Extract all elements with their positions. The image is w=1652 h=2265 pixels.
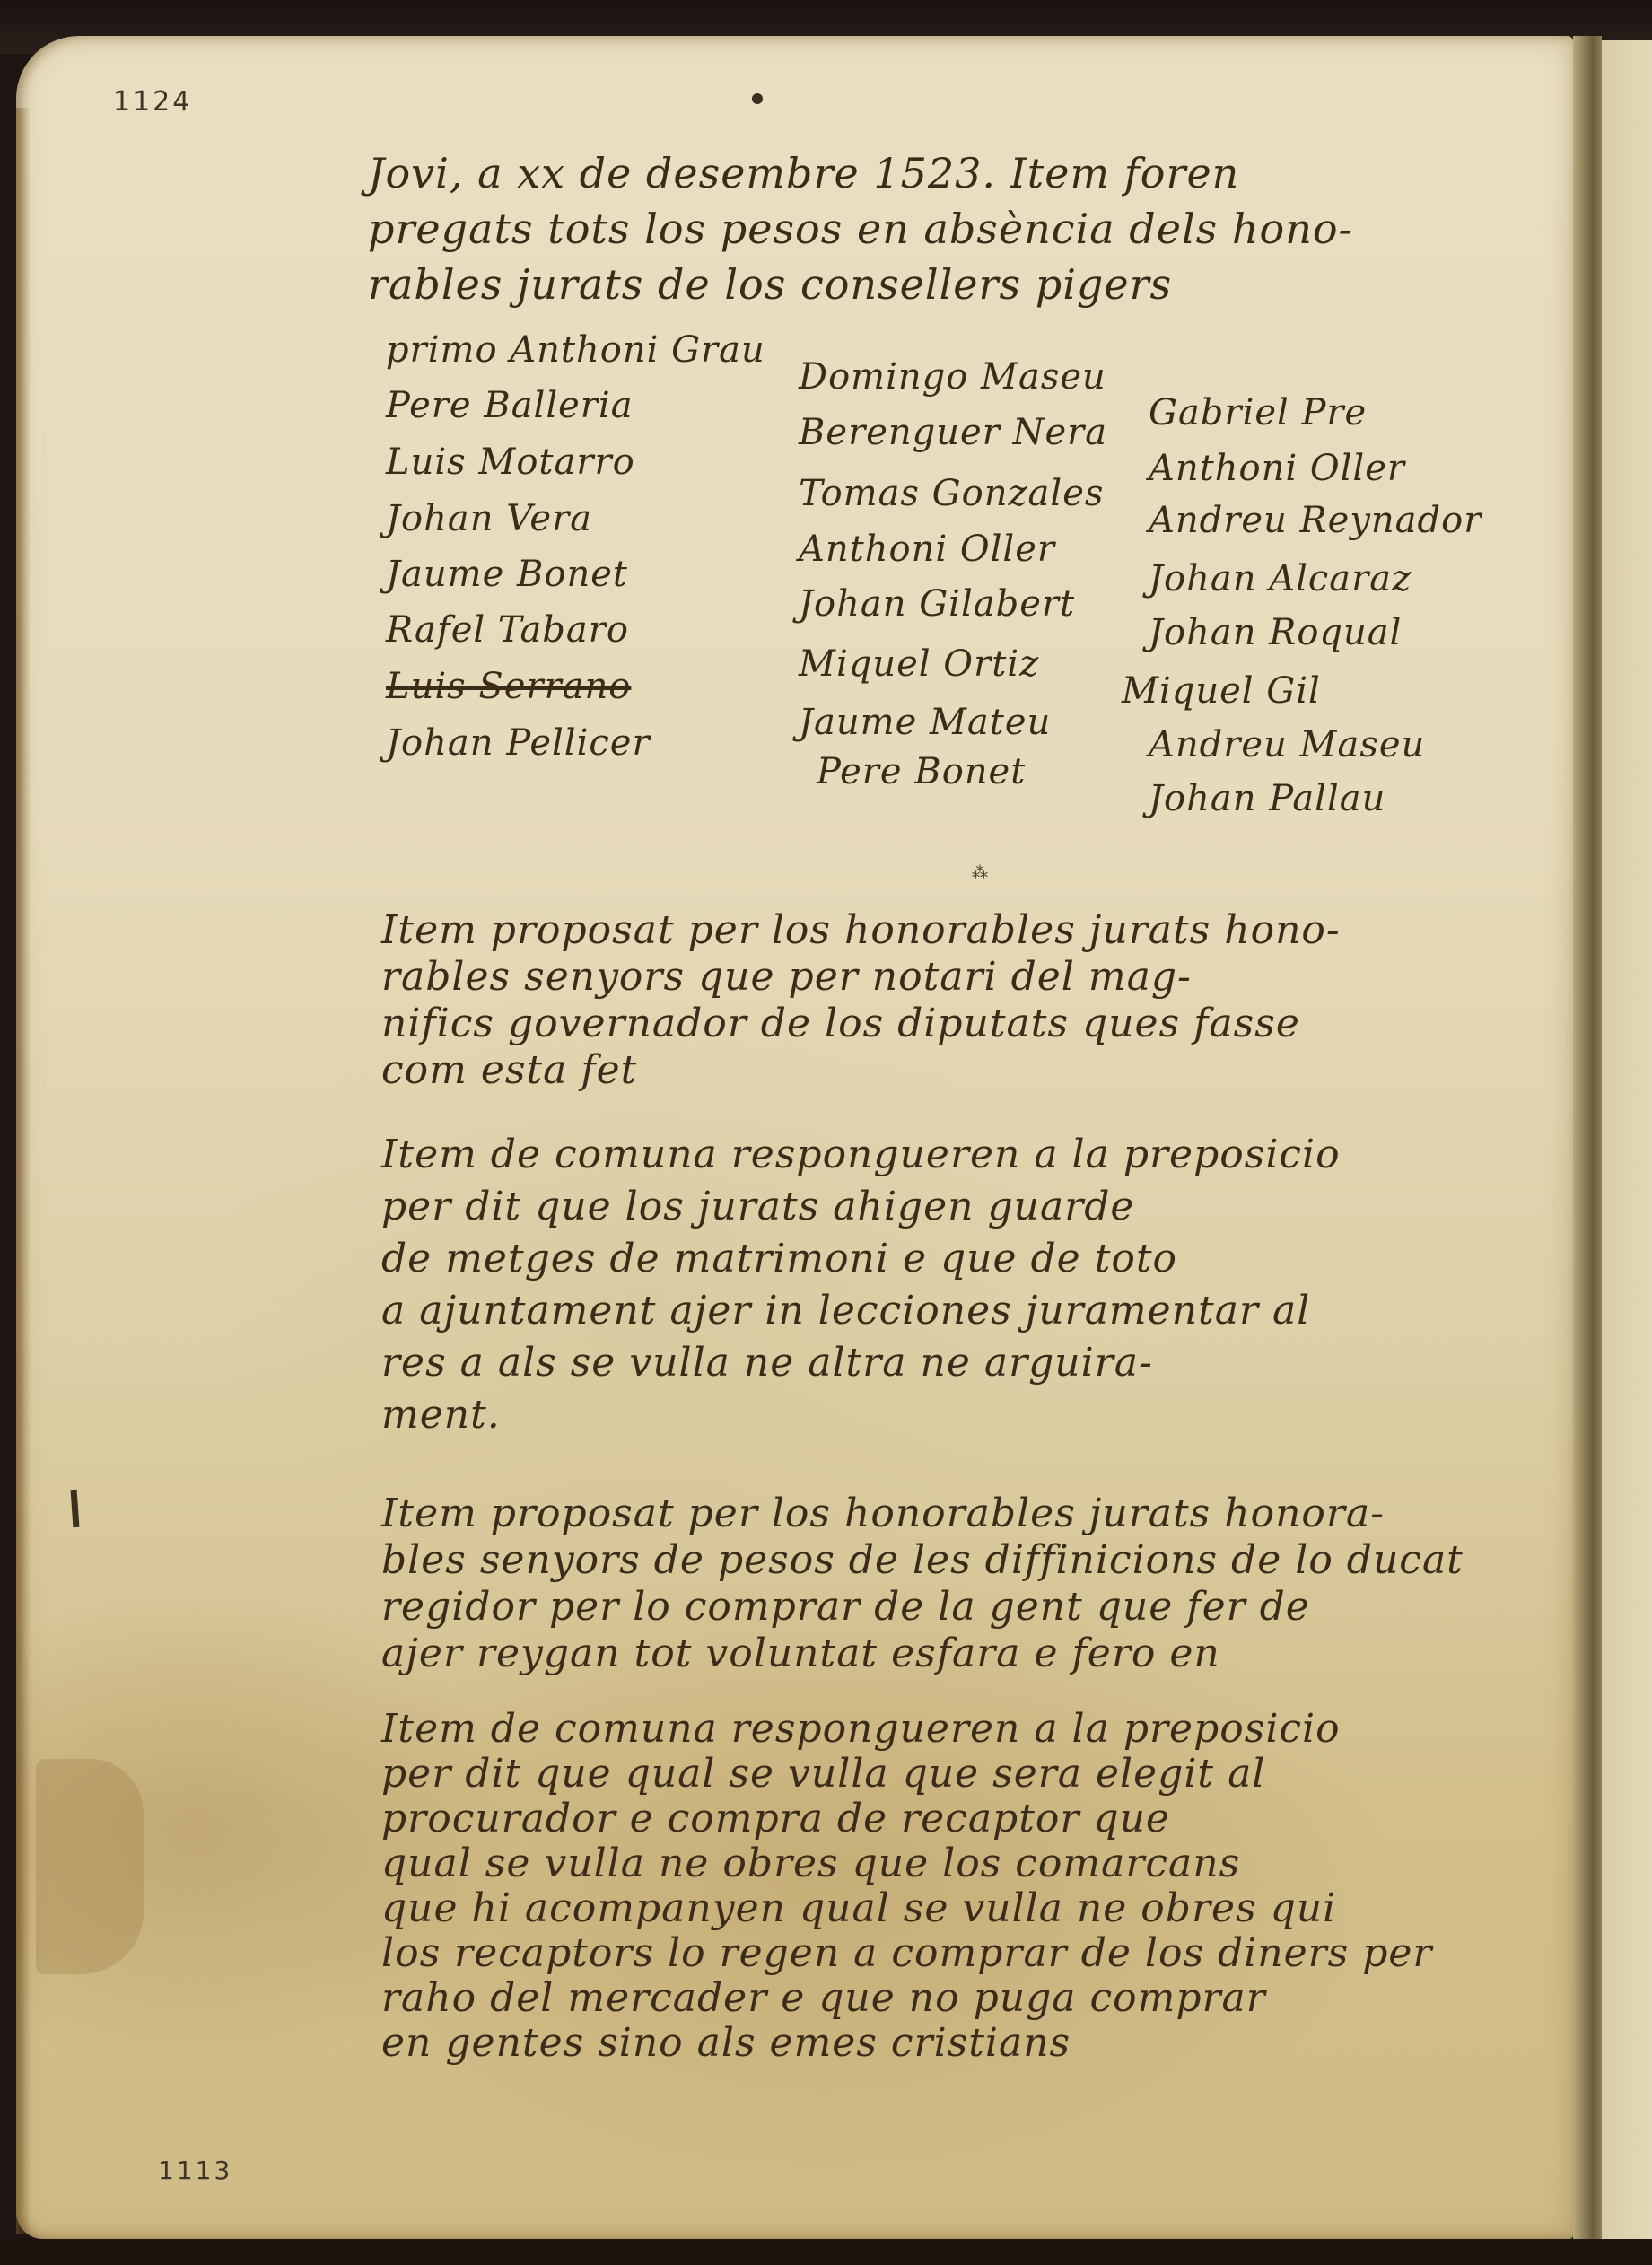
scan-backdrop-bottom [0, 2239, 1652, 2265]
binding-gutter [1573, 36, 1602, 2252]
folio-number-bottom: 1113 [158, 2156, 232, 2185]
name-entry: Johan Pallau [1149, 781, 1385, 817]
text-line: raho del mercader e que no puga comprar [381, 1979, 1266, 2018]
text-line: per dit que los jurats ahigen guarde [381, 1187, 1134, 1227]
text-line: qual se vulla ne obres que los comarcans [381, 1844, 1240, 1884]
name-entry: Gabriel Pre [1149, 395, 1367, 431]
page-left-edge [16, 108, 31, 2234]
name-entry: Anthoni Oller [1149, 450, 1405, 486]
text-line: los recaptors lo regen a comprar de los … [381, 1934, 1432, 1973]
name-entry: Miquel Gil [1122, 673, 1321, 709]
header-line: pregats tots los pesos en absència dels … [368, 208, 1353, 249]
name-entry: Johan Gilabert [799, 586, 1075, 622]
name-entry: Johan Alcaraz [1149, 561, 1412, 597]
ink-dot [752, 93, 763, 104]
text-line: Item proposat per los honorables jurats … [381, 911, 1341, 950]
water-stain [36, 1759, 144, 1974]
text-line: Item de comuna respongueren a la preposi… [381, 1135, 1341, 1175]
name-entry: Berenguer Nera [799, 415, 1107, 450]
text-line: com esta fet [381, 1051, 637, 1090]
text-line: ajer reygan tot voluntat esfara e fero e… [381, 1634, 1220, 1674]
name-entry: Domingo Maseu [799, 359, 1106, 395]
text-line: en gentes sino als emes cristians [381, 2024, 1071, 2063]
name-entry-struck: Luis Serrano [386, 669, 631, 704]
text-line: regidor per lo comprar de la gent que fe… [381, 1587, 1310, 1627]
name-entry: Johan Roqual [1149, 615, 1402, 651]
header-line: rables jurats de los consellers pigers [368, 264, 1172, 305]
name-entry: Jaume Mateu [799, 704, 1051, 740]
name-entry: Pere Bonet [817, 754, 1026, 790]
name-entry: Anthoni Oller [799, 531, 1055, 567]
text-line: ment. [381, 1395, 501, 1435]
name-entry: Miquel Ortiz [799, 646, 1039, 682]
name-entry: Tomas Gonzales [799, 476, 1104, 512]
header-line: Jovi, a xx de desembre 1523. Item foren [368, 153, 1239, 194]
text-line: Item proposat per los honorables jurats … [381, 1494, 1385, 1534]
text-line: Item de comuna respongueren a la preposi… [381, 1710, 1341, 1749]
center-ornament: ⁂ [972, 863, 988, 882]
name-entry: Andreu Reynador [1149, 503, 1482, 538]
name-entry: Pere Balleria [386, 388, 634, 424]
name-entry: Luis Motarro [386, 444, 635, 480]
text-line: res a als se vulla ne altra ne arguira- [381, 1343, 1153, 1383]
text-line: rables senyors que per notari del mag- [381, 958, 1192, 997]
name-entry: Andreu Maseu [1149, 727, 1425, 763]
name-entry: Jaume Bonet [386, 556, 628, 592]
text-line: per dit que qual se vulla que sera elegi… [381, 1754, 1265, 1794]
text-line: bles senyors de pesos de les diffinicion… [381, 1541, 1464, 1580]
name-entry: Johan Vera [386, 501, 592, 537]
text-line: a ajuntament ajer in lecciones juramenta… [381, 1291, 1310, 1331]
text-line: que hi acompanyen qual se vulla ne obres… [381, 1889, 1336, 1928]
folio-number-top: 1124 [113, 86, 192, 118]
adjacent-page-edge [1602, 40, 1652, 2248]
text-line: nifics governador de los diputats ques f… [381, 1004, 1300, 1044]
name-entry: Rafel Tabaro [386, 612, 629, 648]
name-entry: Johan Pellicer [386, 725, 651, 761]
names-heading: primo Anthoni Grau [386, 332, 765, 368]
text-line: de metges de matrimoni e que de toto [381, 1239, 1177, 1279]
text-line: procurador e compra de recaptor que [381, 1799, 1170, 1839]
